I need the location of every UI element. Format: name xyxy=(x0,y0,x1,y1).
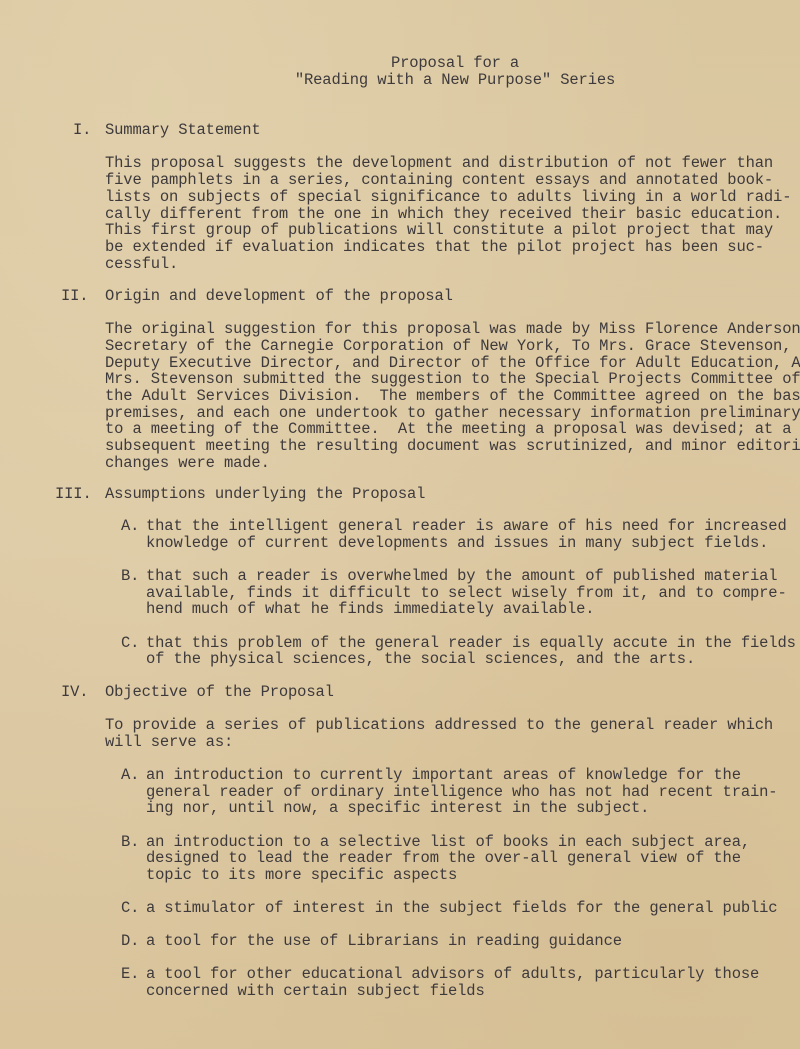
section-heading: Origin and development of the proposal xyxy=(105,288,453,305)
item-line: that such a reader is overwhelmed by the… xyxy=(146,568,777,585)
paragraph-line: cessful. xyxy=(105,256,178,273)
item-line: ing nor, until now, a specific interest … xyxy=(146,800,649,817)
item-line: that the intelligent general reader is a… xyxy=(146,518,787,535)
item-line: an introduction to currently important a… xyxy=(146,767,741,784)
document-title-line-1: Proposal for a xyxy=(0,55,800,72)
item-line: hend much of what he finds immediately a… xyxy=(146,601,594,618)
item-line: knowledge of current developments and is… xyxy=(146,535,768,552)
item-letter: B. xyxy=(121,568,139,585)
item-line: a tool for the use of Librarians in read… xyxy=(146,933,622,950)
paragraph-line: subsequent meeting the resulting documen… xyxy=(105,438,800,455)
paragraph-line: Mrs. Stevenson submitted the suggestion … xyxy=(105,371,800,388)
section-heading: Objective of the Proposal xyxy=(105,684,334,701)
paragraph-line: to a meeting of the Committee. At the me… xyxy=(105,421,791,438)
document-title-line-2: "Reading with a New Purpose" Series xyxy=(0,72,800,89)
section-heading: Summary Statement xyxy=(105,122,261,139)
item-letter: A. xyxy=(121,518,139,535)
item-line: a stimulator of interest in the subject … xyxy=(146,900,777,917)
section-numeral: IV. xyxy=(61,684,88,701)
paragraph-line: The original suggestion for this proposa… xyxy=(105,321,800,338)
section-numeral: II. xyxy=(61,288,88,305)
paragraph-line: lists on subjects of special significanc… xyxy=(105,189,791,206)
section-heading: Assumptions underlying the Proposal xyxy=(105,486,425,503)
document-page: Proposal for a "Reading with a New Purpo… xyxy=(0,0,800,1049)
item-line: topic to its more specific aspects xyxy=(146,867,457,884)
paragraph-line: the Adult Services Division. The members… xyxy=(105,388,800,405)
paragraph-line: changes were made. xyxy=(105,455,270,472)
item-letter: B. xyxy=(121,834,139,851)
item-letter: E. xyxy=(121,966,139,983)
paragraph-line: This proposal suggests the development a… xyxy=(105,155,773,172)
paragraph-line: five pamphlets in a series, containing c… xyxy=(105,172,773,189)
item-letter: A. xyxy=(121,767,139,784)
item-letter: D. xyxy=(121,933,139,950)
paragraph-line: To provide a series of publications addr… xyxy=(105,717,773,734)
paragraph-line: This first group of publications will co… xyxy=(105,222,773,239)
item-line: a tool for other educational advisors of… xyxy=(146,966,759,983)
paragraph-line: will serve as: xyxy=(105,734,233,751)
section-numeral: I. xyxy=(73,122,91,139)
item-line: concerned with certain subject fields xyxy=(146,983,485,1000)
item-letter: C. xyxy=(121,635,139,652)
section-numeral: III. xyxy=(55,486,92,503)
item-letter: C. xyxy=(121,900,139,917)
paragraph-line: Secretary of the Carnegie Corporation of… xyxy=(105,338,791,355)
item-line: designed to lead the reader from the ove… xyxy=(146,850,741,867)
paragraph-line: be extended if evaluation indicates that… xyxy=(105,239,764,256)
item-line: of the physical sciences, the social sci… xyxy=(146,651,695,668)
